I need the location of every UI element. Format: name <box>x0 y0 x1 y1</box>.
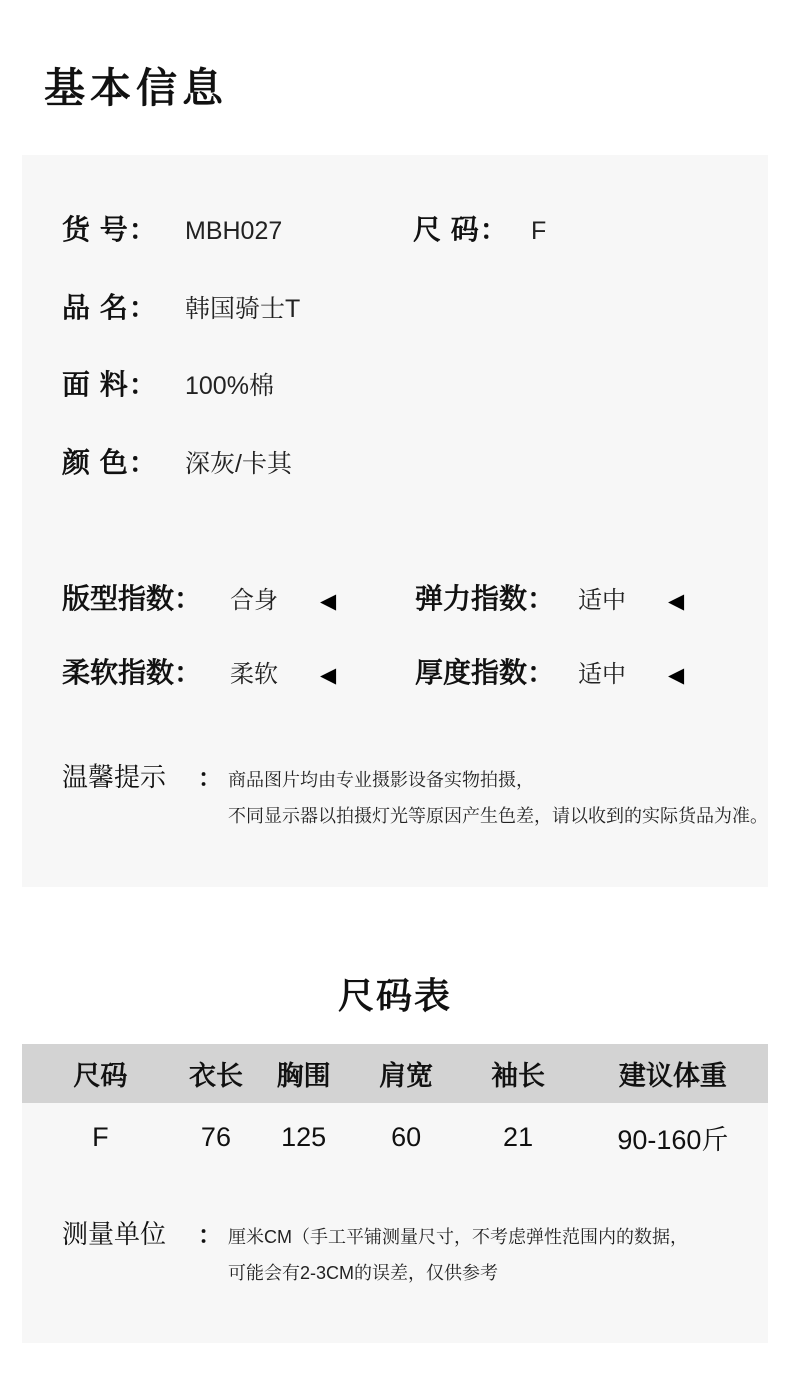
product-name-value: 韩国骑士T <box>185 293 300 325</box>
warm-tips-line2: 不同显示器以拍摄灯光等原因产生色差，请以收到的实际货品为准。 <box>228 806 768 826</box>
field-row-name: 品 名： 韩国骑士T <box>22 292 768 325</box>
col-weight: 建议体重 <box>578 1054 768 1093</box>
measure-unit-line1: 厘米CM（手工平铺测量尺寸，不考虑弹性范围内的数据， <box>228 1227 688 1247</box>
size-value: F <box>531 215 546 247</box>
measure-unit-label: 测量单位 <box>62 1217 198 1251</box>
softness-index-value: 柔软 <box>230 659 320 691</box>
measure-unit-colon: ： <box>198 1215 228 1250</box>
cell-sleeve: 21 <box>458 1122 577 1153</box>
left-triangle-icon: ◀ <box>320 586 336 618</box>
fabric-value: 100%棉 <box>185 370 274 402</box>
left-triangle-icon: ◀ <box>668 586 684 618</box>
thickness-index-label: 厚度指数： <box>415 657 578 689</box>
measure-unit-text: 厘米CM（手工平铺测量尺寸，不考虑弹性范围内的数据， 可能会有2-3CM的误差，… <box>228 1219 688 1291</box>
cell-bust: 125 <box>253 1122 354 1153</box>
size-field: 尺 码： F <box>413 214 546 247</box>
basic-info-title: 基本信息 <box>44 64 228 112</box>
col-size: 尺码 <box>22 1054 179 1093</box>
col-shoulder: 肩宽 <box>354 1054 458 1093</box>
cell-weight: 90-160斤 <box>578 1118 768 1157</box>
size-chart-row: F 76 125 60 21 90-160斤 <box>22 1107 768 1167</box>
measure-unit-line2: 可能会有2-3CM的误差，仅供参考 <box>228 1263 498 1283</box>
size-chart-title: 尺码表 <box>0 968 790 1019</box>
fit-index-label: 版型指数： <box>62 583 230 615</box>
left-triangle-icon: ◀ <box>668 660 684 692</box>
index-stretch: 弹力指数： 适中 ◀ <box>415 583 684 618</box>
product-name-label: 品 名： <box>62 292 185 324</box>
warm-tips-line1: 商品图片均由专业摄影设备实物拍摄， <box>228 770 534 790</box>
left-triangle-icon: ◀ <box>320 660 336 692</box>
warm-tips-text: 商品图片均由专业摄影设备实物拍摄， 不同显示器以拍摄灯光等原因产生色差，请以收到… <box>228 762 768 834</box>
col-length: 衣长 <box>179 1054 254 1093</box>
color-label: 颜 色： <box>62 447 185 479</box>
size-label: 尺 码： <box>413 214 531 246</box>
measure-unit-note: 测量单位 ： 厘米CM（手工平铺测量尺寸，不考虑弹性范围内的数据， 可能会有2-… <box>22 1215 688 1291</box>
fit-index-value: 合身 <box>230 585 320 617</box>
item-no-label: 货 号： <box>62 214 185 246</box>
warm-tips-colon: ： <box>198 758 228 793</box>
basic-info-panel: 货 号： MBH027 尺 码： F 品 名： 韩国骑士T 面 料： 100%棉… <box>22 155 768 887</box>
warm-tips-label: 温馨提示 <box>62 760 198 794</box>
thickness-index-value: 适中 <box>578 659 668 691</box>
warm-tips: 温馨提示 ： 商品图片均由专业摄影设备实物拍摄， 不同显示器以拍摄灯光等原因产生… <box>22 758 768 834</box>
softness-index-label: 柔软指数： <box>62 657 230 689</box>
fabric-label: 面 料： <box>62 369 185 401</box>
stretch-index-value: 适中 <box>578 585 668 617</box>
cell-size: F <box>22 1122 179 1153</box>
col-sleeve: 袖长 <box>458 1054 577 1093</box>
field-row-fabric: 面 料： 100%棉 <box>22 369 768 402</box>
color-value: 深灰/卡其 <box>185 448 292 480</box>
stretch-index-label: 弹力指数： <box>415 583 578 615</box>
index-fit: 版型指数： 合身 ◀ <box>62 583 336 618</box>
index-thickness: 厚度指数： 适中 ◀ <box>415 657 684 692</box>
field-row-color: 颜 色： 深灰/卡其 <box>22 447 768 480</box>
item-no-value: MBH027 <box>185 215 282 247</box>
col-bust: 胸围 <box>253 1054 354 1093</box>
index-softness: 柔软指数： 柔软 ◀ <box>62 657 336 692</box>
size-chart-header: 尺码 衣长 胸围 肩宽 袖长 建议体重 <box>22 1044 768 1103</box>
cell-shoulder: 60 <box>354 1122 458 1153</box>
cell-length: 76 <box>179 1122 254 1153</box>
product-detail-page: 基本信息 货 号： MBH027 尺 码： F 品 名： 韩国骑士T 面 料： … <box>0 0 790 1391</box>
field-row-item-size: 货 号： MBH027 尺 码： F <box>22 214 768 247</box>
